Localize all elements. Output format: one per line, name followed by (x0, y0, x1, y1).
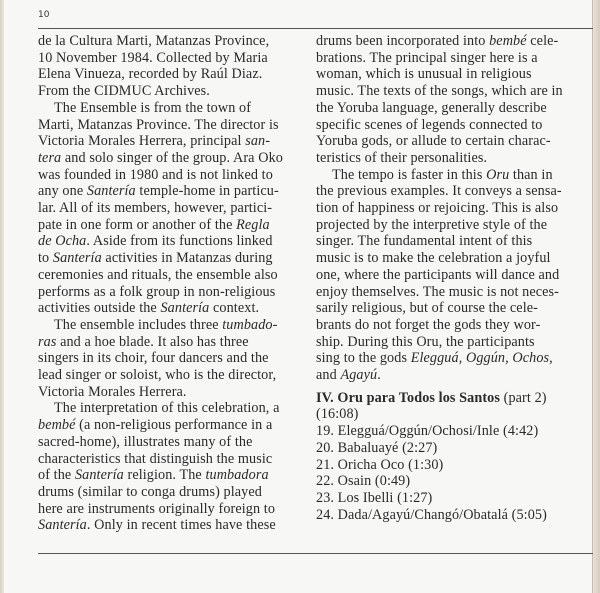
paragraph-source: de la Cultura Marti, Matanzas Province, … (38, 33, 300, 100)
section-title: IV. Oru para Todos los Santos (316, 390, 500, 406)
text-line: teristics of their personalities. (316, 150, 588, 167)
text-line: performs as a folk group in non-religiou… (38, 284, 300, 301)
section-heading: IV. Oru para Todos los Santos (part 2) (… (316, 390, 588, 423)
text-line: pate in one form or another of the Regla (38, 217, 300, 234)
text-line: brants do not forget the gods they wor- (316, 317, 588, 334)
text-line: was founded in 1980 and is not linked to (38, 167, 300, 184)
text-line: drums been incorporated into bembé cele- (316, 33, 588, 50)
text-line: woman, which is unusual in religious (316, 66, 588, 83)
top-rule (38, 28, 593, 29)
text-line: any one Santería temple-home in particu- (38, 183, 300, 200)
text-line: projected by the interpretive style of t… (316, 217, 588, 234)
text-line: the previous examples. It conveys a sens… (316, 183, 588, 200)
bottom-rule (38, 553, 593, 554)
track-item: 21. Oricha Oco (1:30) (316, 457, 588, 474)
paragraph-interpretation: The interpretation of this celebration, … (38, 400, 300, 534)
text-line: de la Cultura Marti, Matanzas Province, (38, 33, 300, 50)
track-item: 24. Dada/Agayú/Changó/Obatalá (5:05) (316, 507, 588, 524)
text-line: 10 November 1984. Collected by Maria (38, 50, 300, 67)
track-list: 19. Elegguá/Oggún/Ochosi/Inle (4:42) 20.… (316, 423, 588, 523)
text-line: ship. During this Oru, the participants (316, 334, 588, 351)
text-line: The tempo is faster in this Oru than in (316, 167, 588, 184)
text-line: activities outside the Santería context. (38, 300, 300, 317)
text-line: sing to the gods Elegguá, Oggún, Ochos, (316, 350, 588, 367)
text-line: the Yoruba language, generally describe (316, 100, 588, 117)
text-line: here are instruments originally foreign … (38, 501, 300, 518)
section-duration: (16:08) (316, 406, 588, 423)
text-line: Yoruba gods, or allude to certain charac… (316, 133, 588, 150)
text-line: tera and solo singer of the group. Ara O… (38, 150, 300, 167)
text-line: music is to make the celebration a joyfu… (316, 250, 588, 267)
text-line: lead singer or soloist, who is the direc… (38, 367, 300, 384)
right-column: drums been incorporated into bembé cele-… (316, 33, 588, 523)
text-line: Marti, Matanzas Province. The director i… (38, 117, 300, 134)
text-line: Santería. Only in recent times have thes… (38, 517, 300, 534)
paragraph-continued: drums been incorporated into bembé cele-… (316, 33, 588, 167)
text-line: The Ensemble is from the town of (38, 100, 300, 117)
track-item: 23. Los Ibelli (1:27) (316, 490, 588, 507)
text-line: Victoria Morales Herrera, principal san- (38, 133, 300, 150)
text-line: sarily religious, but of course the cele… (316, 300, 588, 317)
text-line: music. The texts of the songs, which are… (316, 83, 588, 100)
text-line: one, where the participants will dance a… (316, 267, 588, 284)
paragraph-tempo: The tempo is faster in this Oru than in … (316, 167, 588, 384)
text-line: From the CIDMUC Archives. (38, 83, 300, 100)
text-line: and Agayú. (316, 367, 588, 384)
text-line: to Santería activities in Matanzas durin… (38, 250, 300, 267)
text-line: characteristics that distinguish the mus… (38, 451, 300, 468)
text-line: The ensemble includes three tumbado- (38, 317, 300, 334)
text-line: de Ocha. Aside from its functions linked (38, 233, 300, 250)
text-line: enjoy themselves. The music is not neces… (316, 284, 588, 301)
text-line: tion of happiness or rejoicing. This is … (316, 200, 588, 217)
page-right-edge (592, 0, 600, 593)
text-line: drums (similar to conga drums) played (38, 484, 300, 501)
text-line: lar. All of its members, however, partic… (38, 200, 300, 217)
paragraph-instruments: The ensemble includes three tumbado- ras… (38, 317, 300, 401)
text-line: Elena Vinueza, recorded by Raúl Diaz. (38, 66, 300, 83)
track-item: 20. Babaluayé (2:27) (316, 440, 588, 457)
text-line: specific scenes of legends connected to (316, 117, 588, 134)
text-line: The interpretation of this celebration, … (38, 400, 300, 417)
section-title-line: IV. Oru para Todos los Santos (part 2) (316, 390, 588, 407)
text-line: sacred-home), illustrates many of the (38, 434, 300, 451)
page-number: 10 (38, 10, 49, 20)
text-line: of the Santería religion. The tumbadora (38, 467, 300, 484)
text-line: bembé (a non-religious performance in a (38, 417, 300, 434)
paragraph-ensemble: The Ensemble is from the town of Marti, … (38, 100, 300, 317)
text-line: Victoria Morales Herrera. (38, 384, 300, 401)
text-line: ras and a hoe blade. It also has three (38, 334, 300, 351)
section-part: (part 2) (500, 390, 547, 406)
track-item: 22. Osain (0:49) (316, 473, 588, 490)
text-line: singers in its choir, four dancers and t… (38, 350, 300, 367)
text-line: singer. The fundamental intent of this (316, 233, 588, 250)
text-line: brations. The principal singer here is a (316, 50, 588, 67)
left-column: de la Cultura Marti, Matanzas Province, … (38, 33, 300, 534)
track-item: 19. Elegguá/Oggún/Ochosi/Inle (4:42) (316, 423, 588, 440)
page-left-edge (0, 0, 4, 593)
text-line: ceremonies and rituals, the ensemble als… (38, 267, 300, 284)
